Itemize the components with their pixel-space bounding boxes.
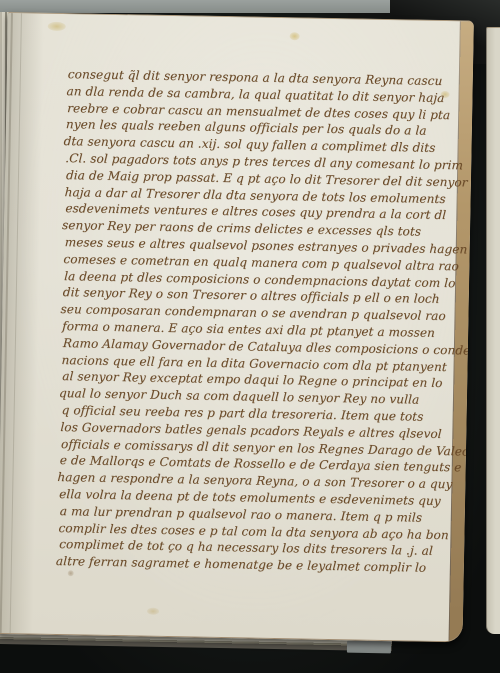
backdrop-strip xyxy=(0,0,390,13)
stain xyxy=(48,22,66,31)
facing-page-edge xyxy=(486,27,500,634)
manuscript-photo: consegut q̃l dit senyor respona a la dta… xyxy=(0,0,500,673)
manuscript-page: consegut q̃l dit senyor respona a la dta… xyxy=(0,12,474,642)
stain xyxy=(147,608,159,615)
manuscript-text: consegut q̃l dit senyor respona a la dta… xyxy=(58,66,467,577)
gray-tab xyxy=(347,641,391,654)
stain xyxy=(290,32,300,40)
stain xyxy=(68,570,74,576)
